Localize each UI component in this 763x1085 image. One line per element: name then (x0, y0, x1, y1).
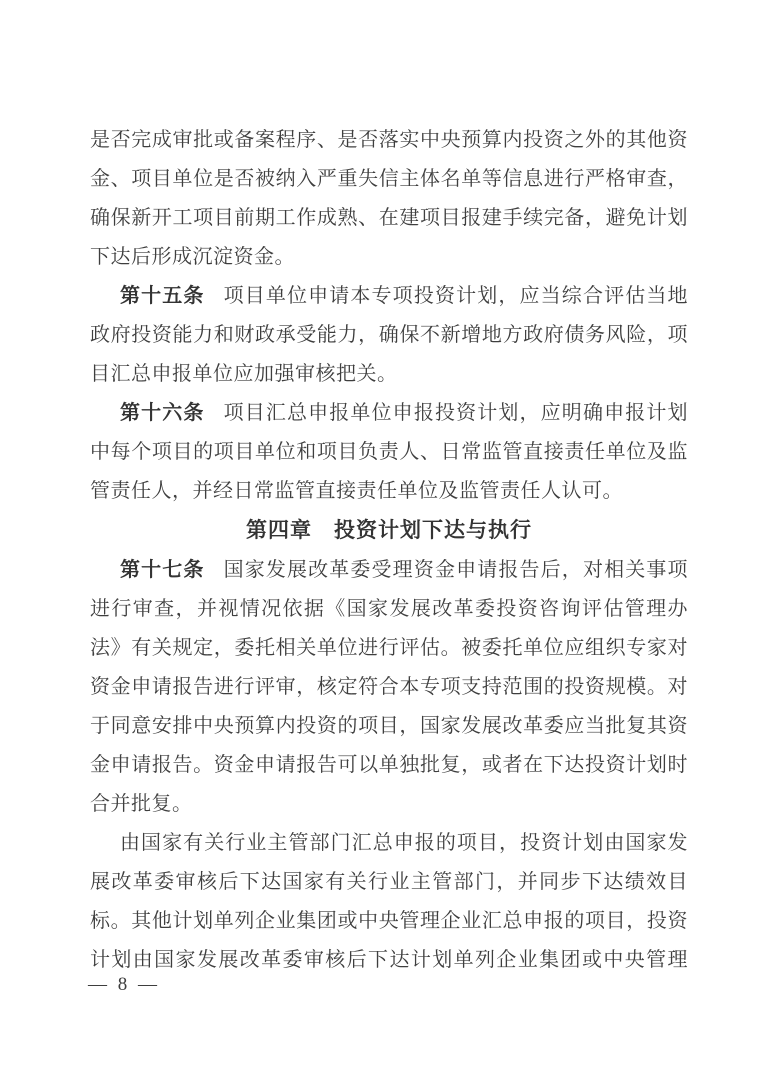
article-17-label: 第十七条 (120, 559, 205, 581)
chapter-heading: 第四章投资计划下达与执行 (90, 511, 688, 551)
paragraph-article-17: 第十七条国家发展改革委受理资金申请报告后，对相关事项进行审查，并视情况依据《国家… (90, 551, 688, 824)
paragraph-continuation: 是否完成审批或备案程序、是否落实中央预算内投资之外的其他资金、项目单位是否被纳入… (90, 121, 688, 277)
chapter-number: 第四章 (246, 519, 312, 542)
paragraph-closing: 由国家有关行业主管部门汇总申报的项目，投资计划由国家发展改革委审核后下达国家有关… (90, 824, 688, 980)
page-number: — 8 — (88, 974, 160, 996)
article-16-label: 第十六条 (120, 402, 205, 424)
chapter-title: 投资计划下达与执行 (334, 519, 532, 542)
document-page: 是否完成审批或备案程序、是否落实中央预算内投资之外的其他资金、项目单位是否被纳入… (0, 0, 763, 1085)
paragraph-article-15: 第十五条项目单位申请本专项投资计划，应当综合评估当地政府投资能力和财政承受能力，… (90, 277, 688, 394)
paragraph-article-16: 第十六条项目汇总申报单位申报投资计划，应明确申报计划中每个项目的项目单位和项目负… (90, 394, 688, 511)
article-15-label: 第十五条 (120, 285, 205, 307)
article-17-text: 国家发展改革委受理资金申请报告后，对相关事项进行审查，并视情况依据《国家发展改革… (90, 559, 688, 815)
